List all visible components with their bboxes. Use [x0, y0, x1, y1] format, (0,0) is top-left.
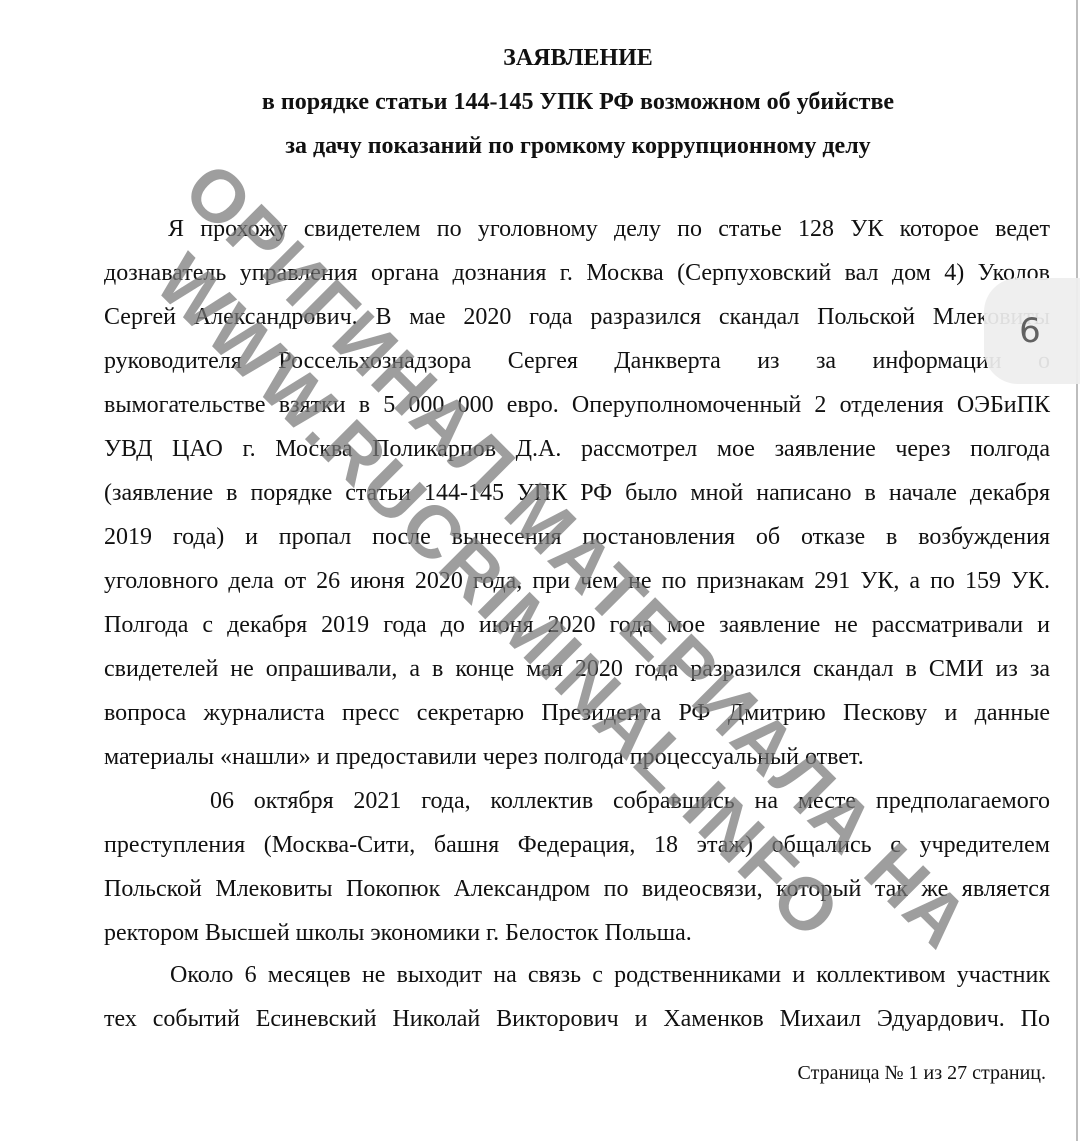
page-footer: Страница № 1 из 27 страниц.	[798, 1062, 1046, 1085]
text-line: дознаватель управления органа дознания г…	[104, 258, 1050, 288]
text-line: Я прохожу свидетелем по уголовному делу …	[168, 214, 1050, 244]
text-line: вымогательстве взятки в 5 000 000 евро. …	[104, 390, 1050, 420]
text-line: свидетелей не опрашивали, а в конце мая …	[104, 654, 1050, 684]
document-title: ЗАЯВЛЕНИЕ	[0, 36, 1080, 80]
text-line: Польской Млековиты Покопюк Александром п…	[104, 874, 1050, 904]
document-page: ЗАЯВЛЕНИЕ в порядке статьи 144-145 УПК Р…	[0, 0, 1078, 1141]
text-line: преступления (Москва-Сити, башня Федерац…	[104, 830, 1050, 860]
text-line: (заявление в порядке статьи 144-145 УПК …	[104, 478, 1050, 508]
text-line: 06 октября 2021 года, коллектив собравши…	[210, 786, 1050, 816]
document-subtitle-line-2: за дачу показаний по громкому коррупцион…	[0, 124, 1080, 168]
text-line: УВД ЦАО г. Москва Поликарпов Д.А. рассмо…	[104, 434, 1050, 464]
text-line: Около 6 месяцев не выходит на связь с ро…	[170, 960, 1050, 990]
text-line: вопроса журналиста пресс секретарю Прези…	[104, 698, 1050, 728]
text-line: материалы «нашли» и предоставили через п…	[104, 742, 1050, 772]
page-number-indicator[interactable]: 6	[984, 278, 1080, 384]
text-line: уголовного дела от 26 июня 2020 года, пр…	[104, 566, 1050, 596]
text-line: ректором Высшей школы экономики г. Белос…	[104, 918, 1050, 948]
text-line: Полгода с декабря 2019 года до июня 2020…	[104, 610, 1050, 640]
text-line: тех событий Есиневский Николай Викторови…	[104, 1004, 1050, 1034]
text-line: руководителя Россельхознадзора Сергея Да…	[104, 346, 1050, 376]
document-heading: ЗАЯВЛЕНИЕ в порядке статьи 144-145 УПК Р…	[0, 36, 1080, 168]
text-line: Сергей Александрович. В мае 2020 года ра…	[104, 302, 1050, 332]
page-number-value: 6	[1019, 311, 1041, 351]
document-subtitle-line-1: в порядке статьи 144-145 УПК РФ возможно…	[0, 80, 1080, 124]
text-line: 2019 года) и пропал после вынесения пост…	[104, 522, 1050, 552]
